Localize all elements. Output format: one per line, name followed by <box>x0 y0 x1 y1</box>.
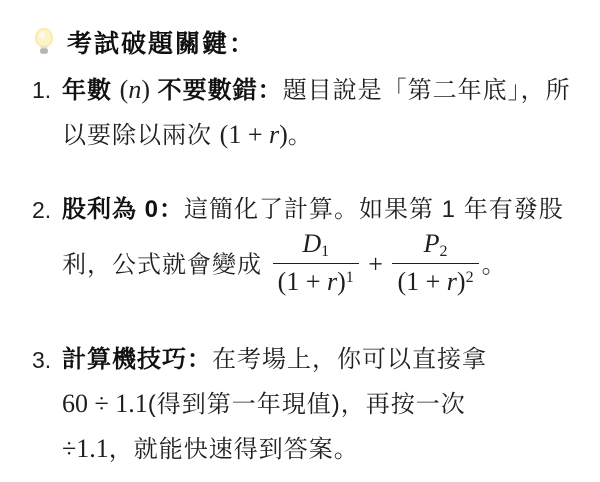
text-line: 以要除以兩次 (1 + r)。 <box>62 113 592 158</box>
math-text: 60 ÷ 1.1 <box>62 389 148 418</box>
math-subscript: 1 <box>321 243 329 260</box>
math-variable: r <box>327 267 337 296</box>
math-superscript: 2 <box>466 269 474 286</box>
fraction-denominator: (1 + r)2 <box>392 263 478 297</box>
list-item: 3.計算機技巧：在考場上，你可以直接拿60 ÷ 1.1(得到第一年現值)，再按一… <box>32 338 592 472</box>
body-text: 利，公式就會變成 <box>62 251 270 278</box>
section-title: 考試破題關鍵： <box>67 24 256 60</box>
bold-text: 不要數錯： <box>150 77 283 104</box>
body-text: 以要除以兩次 <box>62 122 220 149</box>
fraction: P2(1 + r)2 <box>392 229 478 297</box>
math-text: (1 + <box>278 267 327 296</box>
body-text: 題目說是「第二年底」，所 <box>283 77 571 104</box>
tips-list: 1.年數 (n) 不要數錯：題目說是「第二年底」，所以要除以兩次 (1 + r)… <box>32 68 592 472</box>
math-variable: P <box>424 229 440 258</box>
list-item-content: 計算機技巧：在考場上，你可以直接拿60 ÷ 1.1(得到第一年現值)，再按一次÷… <box>62 338 592 472</box>
body-text: 在考場上，你可以直接拿 <box>212 346 487 373</box>
math-variable: D <box>302 229 321 258</box>
math-subscript: 2 <box>439 243 447 260</box>
text-line: 年數 (n) 不要數錯：題目說是「第二年底」，所 <box>62 68 592 113</box>
list-item-number: 1. <box>32 68 62 112</box>
text-line: 利，公式就會變成 D1(1 + r)1 + P2(1 + r)2。 <box>62 232 592 300</box>
math-superscript: 1 <box>346 269 354 286</box>
document-page: 考試破題關鍵： 1.年數 (n) 不要數錯：題目說是「第二年底」，所以要除以兩次… <box>0 0 600 482</box>
fraction-numerator: P2 <box>392 229 478 263</box>
fraction: D1(1 + r)1 <box>273 229 359 297</box>
fraction-numerator: D1 <box>273 229 359 263</box>
math-text: + <box>362 249 390 278</box>
body-text: 。 <box>482 251 507 278</box>
math-text: ) <box>279 120 288 149</box>
lightbulb-icon <box>32 27 56 57</box>
text-line: 計算機技巧：在考場上，你可以直接拿 <box>62 338 592 382</box>
bold-text: 股利為 0： <box>62 196 184 223</box>
math-text: (1 + <box>220 120 269 149</box>
math-text: ÷1.1 <box>62 434 109 463</box>
body-text: 這簡化了計算。如果第 1 年有發股 <box>184 196 564 223</box>
body-text: (得到第一年現值)，再按一次 <box>148 391 466 418</box>
text-line: 股利為 0：這簡化了計算。如果第 1 年有發股 <box>62 188 592 232</box>
bold-text: 計算機技巧： <box>62 346 212 373</box>
math-text: ) <box>141 75 150 104</box>
list-item-content: 股利為 0：這簡化了計算。如果第 1 年有發股利，公式就會變成 D1(1 + r… <box>62 188 592 300</box>
body-text: ，就能快速得到答案。 <box>109 436 359 463</box>
math-variable: r <box>269 120 279 149</box>
fraction-denominator: (1 + r)1 <box>273 263 359 297</box>
math-variable: n <box>128 75 141 104</box>
list-item-number: 2. <box>32 188 62 232</box>
bold-text: 年數 <box>62 77 120 104</box>
text-line: 60 ÷ 1.1(得到第一年現值)，再按一次 <box>62 382 592 427</box>
math-variable: r <box>447 267 457 296</box>
list-item: 1.年數 (n) 不要數錯：題目說是「第二年底」，所以要除以兩次 (1 + r)… <box>32 68 592 158</box>
list-item-content: 年數 (n) 不要數錯：題目說是「第二年底」，所以要除以兩次 (1 + r)。 <box>62 68 592 158</box>
section-header: 考試破題關鍵： <box>32 22 592 62</box>
list-item-number: 3. <box>32 338 62 382</box>
list-item: 2.股利為 0：這簡化了計算。如果第 1 年有發股利，公式就會變成 D1(1 +… <box>32 188 592 300</box>
math-text: (1 + <box>397 267 446 296</box>
math-text: ) <box>457 267 466 296</box>
text-line: ÷1.1，就能快速得到答案。 <box>62 427 592 472</box>
body-text: 。 <box>288 122 313 149</box>
math-text: ) <box>337 267 346 296</box>
